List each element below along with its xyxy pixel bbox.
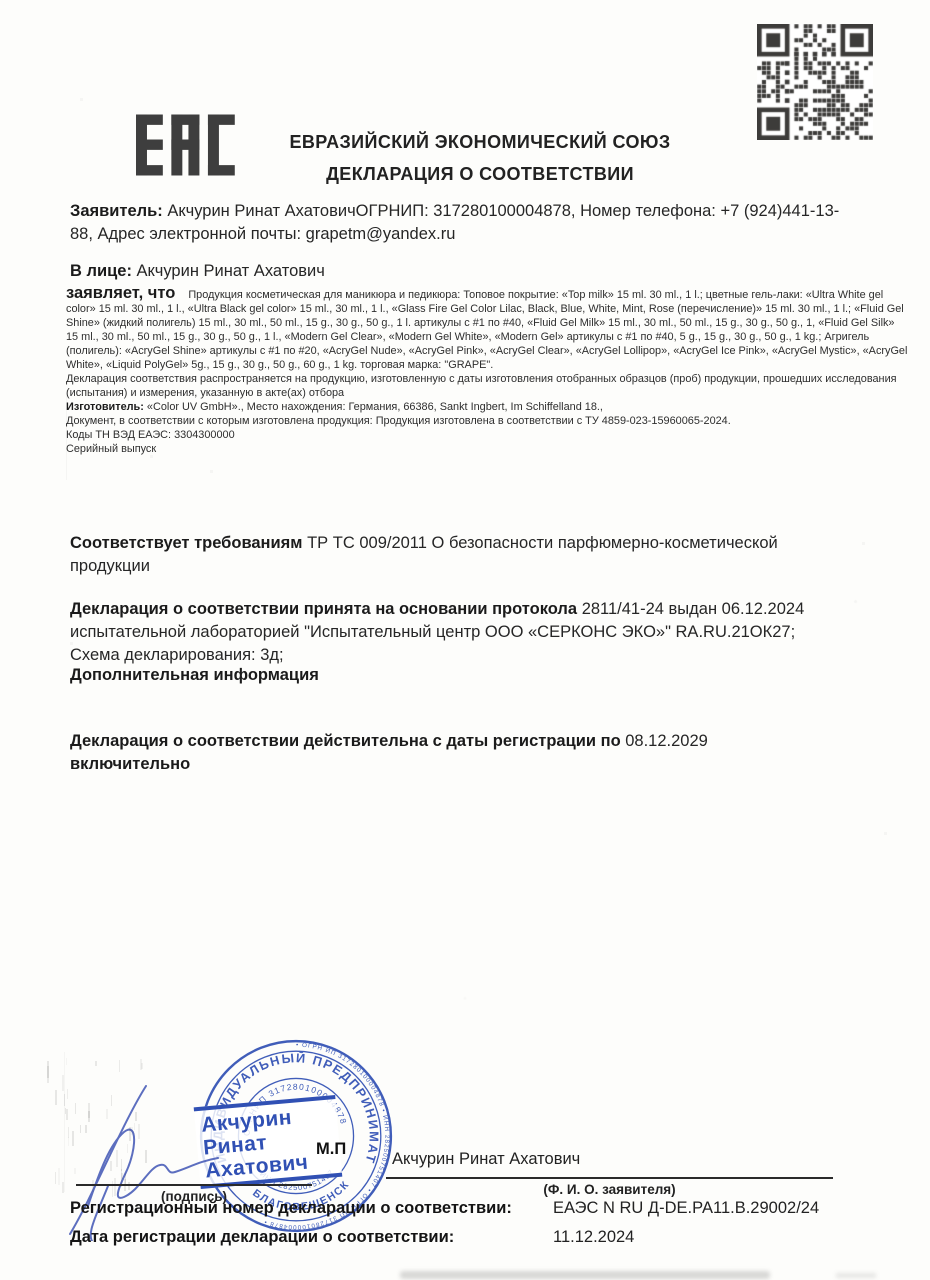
declaration-document: ЕВРАЗИЙСКИЙ ЭКОНОМИЧЕСКИЙ СОЮЗ ДЕКЛАРАЦИ… (0, 0, 930, 1280)
union-title: ЕВРАЗИЙСКИЙ ЭКОНОМИЧЕСКИЙ СОЮЗ (130, 126, 830, 158)
compliance-label: Соответствует требованиям (70, 534, 303, 552)
manufacturer-line: Изготовитель: «Color UV GmbH»., Место на… (66, 400, 908, 414)
basis-label: Декларация о соответствии принята на осн… (70, 600, 577, 618)
product-paragraph: заявляет, что Продукция косметическая дл… (66, 286, 908, 372)
manufacturer-label: Изготовитель: (66, 401, 144, 413)
registration-date-label: Дата регистрации декларации о соответств… (70, 1228, 550, 1247)
document-title: ДЕКЛАРАЦИЯ О СООТВЕТСТВИИ (130, 158, 830, 190)
applicant-fio-value: Акчурин Ринат Ахатович (392, 1150, 580, 1169)
document-line: Документ, в соответствии с которым изгот… (66, 414, 908, 428)
applicant-text: Акчурин Ринат АхатовичОГРНИП: 3172801000… (70, 202, 839, 243)
validity-suffix: включительно (70, 753, 830, 776)
basis-paragraph: Декларация о соответствии принята на осн… (70, 598, 872, 667)
additional-info-label: Дополнительная информация (70, 664, 770, 687)
registration-number-value: ЕАЭС N RU Д-DE.РА11.В.29002/24 (553, 1199, 883, 1218)
scan-smudge-small (836, 1273, 876, 1278)
basis-line: Декларация о соответствии принята на осн… (70, 598, 872, 644)
validity-paragraph: Декларация о соответствии действительна … (70, 730, 830, 776)
mp-label: М.П (316, 1140, 346, 1159)
document-header: ЕВРАЗИЙСКИЙ ЭКОНОМИЧЕСКИЙ СОЮЗ ДЕКЛАРАЦИ… (130, 126, 830, 191)
manufacturer-text: «Color UV GmbH»., Место нахождения: Герм… (147, 401, 603, 413)
qr-code (757, 24, 873, 140)
in-person-paragraph: В лице: Акчурин Ринат Ахатович (70, 260, 848, 283)
compliance-paragraph: Соответствует требованиям ТР ТС 009/2011… (70, 532, 852, 578)
tnved-line: Коды ТН ВЭД ЕАЭС: 3304300000 (66, 428, 908, 442)
signature-line (76, 1184, 312, 1186)
declares-label: заявляет, что (66, 284, 185, 302)
applicant-paragraph: Заявитель: Акчурин Ринат АхатовичОГРНИП:… (70, 200, 848, 246)
in-person-label: В лице: (70, 262, 132, 280)
declares-block: заявляет, что Продукция косметическая дл… (66, 286, 908, 456)
applicant-label: Заявитель: (70, 202, 163, 220)
validity-date: 08.12.2029 (625, 732, 708, 750)
fio-caption: (Ф. И. О. заявителя) (386, 1182, 833, 1197)
registration-date-value: 11.12.2024 (553, 1228, 883, 1247)
registration-number-label: Регистрационный номер декларации о соотв… (70, 1199, 550, 1218)
distribution-text: Декларация соответствия распространяется… (66, 372, 908, 400)
product-text: Продукция косметическая для маникюра и п… (66, 289, 907, 371)
fio-line (386, 1177, 833, 1179)
release-type: Серийный выпуск (66, 442, 908, 456)
validity-label: Декларация о соответствии действительна … (70, 732, 621, 750)
in-person-text: Акчурин Ринат Ахатович (137, 262, 325, 280)
scan-smudge (400, 1271, 770, 1279)
